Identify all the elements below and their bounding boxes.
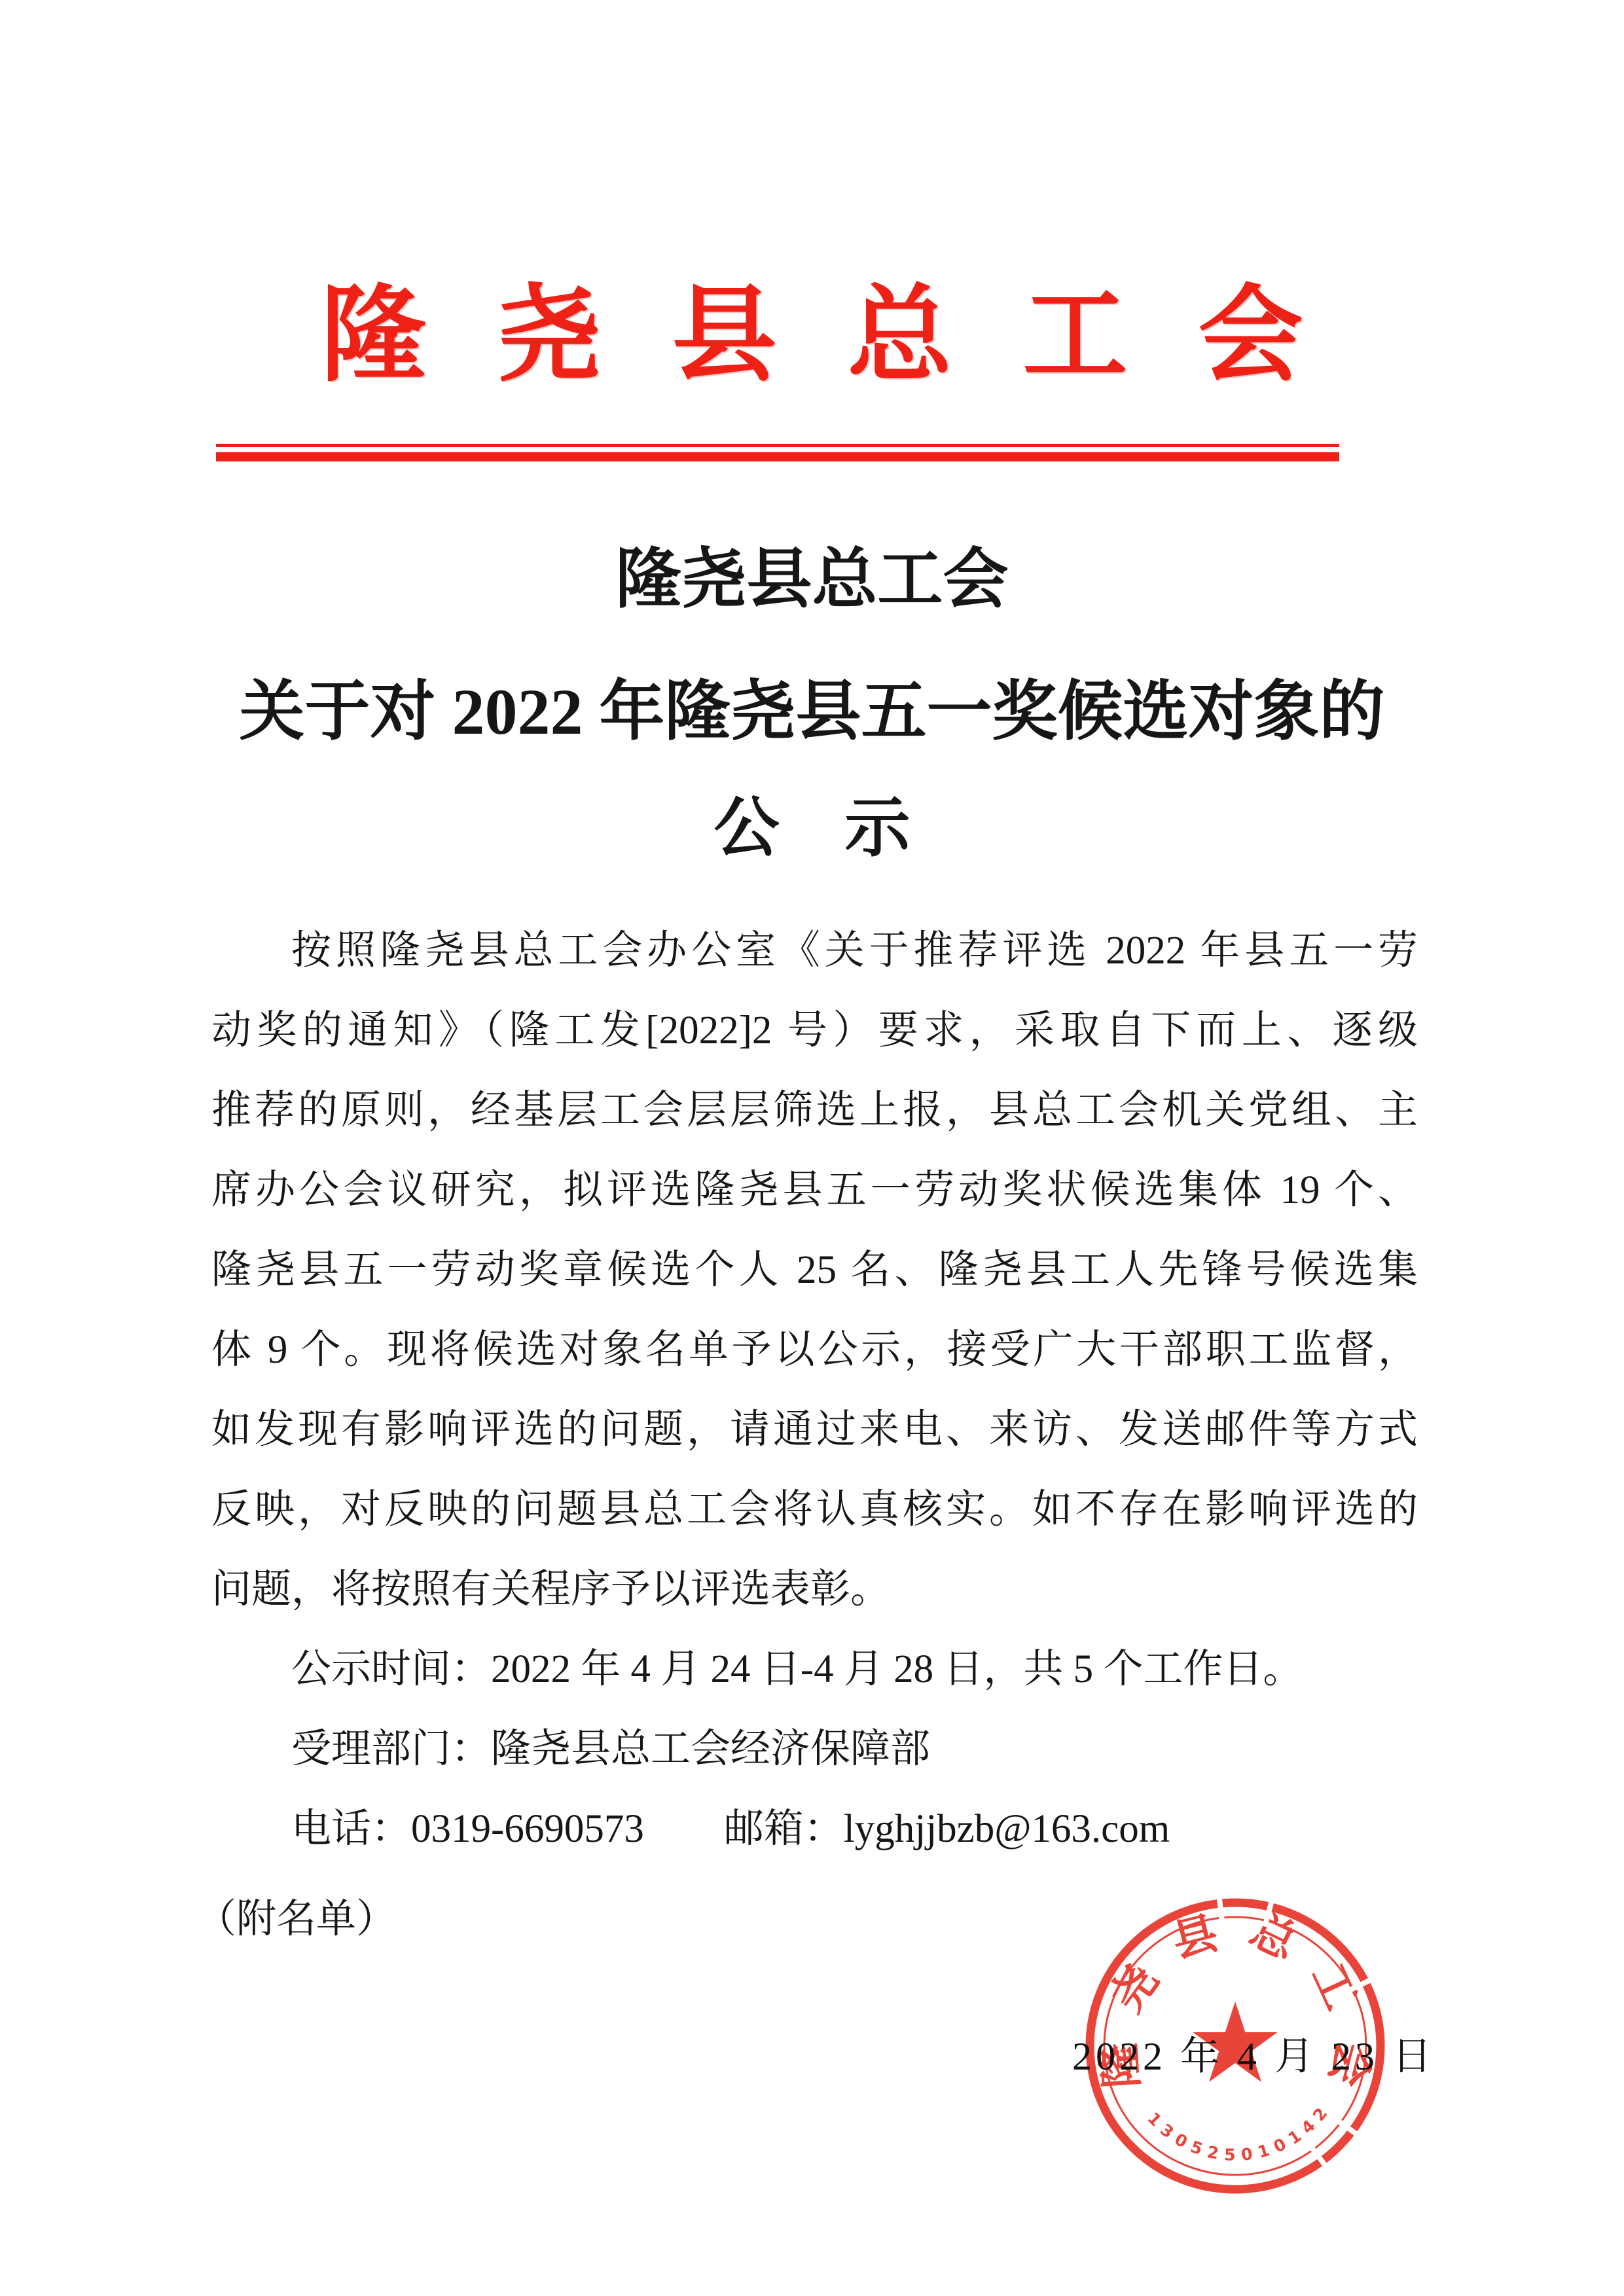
body-line: 体 9 个。现将候选对象名单予以公示，接受广大干部职工监督， (211, 1310, 1418, 1390)
accepting-dept-line: 受理部门：隆尧县总工会经济保障部 (211, 1710, 1418, 1789)
official-notice-page: 隆尧县总工会 隆尧县总工会 关于对 2022 年隆尧县五一奖候选对象的 公 示 … (0, 0, 1624, 2296)
notice-body: 按照隆尧县总工会办公室《关于推荐评选 2022 年县五一劳 动奖的通知》（隆工发… (211, 911, 1418, 1869)
title-subject: 关于对 2022 年隆尧县五一奖候选对象的 (0, 674, 1624, 749)
attachment-note: （附名单） (196, 1880, 396, 1960)
body-line: 按照隆尧县总工会办公室《关于推荐评选 2022 年县五一劳 (211, 911, 1418, 991)
body-line: 反映，对反映的问题县总工会将认真核实。如不存在影响评选的 (211, 1470, 1418, 1550)
body-line: 问题，将按照有关程序予以评选表彰。 (211, 1550, 1418, 1630)
body-line: 动奖的通知》（隆工发[2022]2 号）要求，采取自下而上、逐级 (211, 991, 1418, 1071)
body-line: 推荐的原则，经基层工会层层筛选上报，县总工会机关党组、主 (211, 1071, 1418, 1151)
letterhead-title: 隆尧县总工会 (0, 278, 1624, 393)
letterhead-rule-thick (216, 452, 1339, 461)
notice-period-line: 公示时间：2022 年 4 月 24 日-4 月 28 日，共 5 个工作日。 (211, 1630, 1418, 1710)
letterhead-rule-thin (216, 444, 1339, 447)
title-notice: 公 示 (0, 791, 1624, 866)
body-line: 隆尧县五一劳动奖章候选个人 25 名、隆尧县工人先锋号候选集 (211, 1230, 1418, 1310)
body-line: 如发现有影响评选的问题，请通过来电、来访、发送邮件等方式 (211, 1390, 1418, 1470)
contact-line: 电话：0319-6690573 邮箱：lyghjjbzb@163.com (211, 1789, 1418, 1869)
title-organization: 隆尧县总工会 (0, 542, 1624, 617)
body-line: 席办公会议研究，拟评选隆尧县五一劳动奖状候选集体 19 个、 (211, 1151, 1418, 1230)
issue-date: 2022 年 4 月 23 日 (1072, 2037, 1435, 2076)
